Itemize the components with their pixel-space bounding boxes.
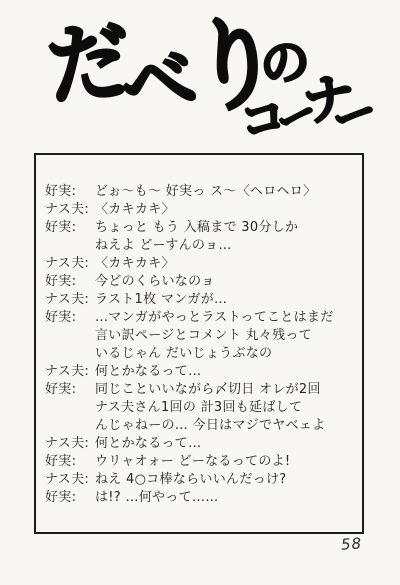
dialogue-text: 〈カキカキ〉 xyxy=(95,201,358,219)
dialogue-line: 〈カキカキ〉 xyxy=(95,255,358,273)
speaker-label: 好実: xyxy=(45,453,95,471)
dialogue-row: 好実:今どのくらいなのョ xyxy=(45,273,358,291)
dialogue-row: 好実:…マンガがやっとラストってことはまだ言い訳ページとコメント 丸々残っている… xyxy=(45,309,358,363)
dialogue-row: ナス夫:何とかなるって… xyxy=(45,435,358,453)
dialogue-line: ねえ 4○コ棒ならいいんだっけ? xyxy=(95,471,358,489)
dialogue-text: …マンガがやっとラストってことはまだ言い訳ページとコメント 丸々残っているじゃん… xyxy=(95,309,358,363)
dialogue-row: ナス夫:〈カキカキ〉 xyxy=(45,201,358,219)
dialogue-row: ナス夫:何とかなるって… xyxy=(45,363,358,381)
dialogue-text: 何とかなるって… xyxy=(95,435,358,453)
dialogue-row: 好実:ウリャオォー どーなるってのよ! xyxy=(45,453,358,471)
speaker-label: 好実: xyxy=(45,183,95,201)
speaker-label: 好実: xyxy=(45,309,95,327)
dialogue-text: 〈カキカキ〉 xyxy=(95,255,358,273)
title-char: ー xyxy=(327,88,382,143)
dialogue-text: 何とかなるって… xyxy=(95,363,358,381)
dialogue-text: ちょっと もう 入稿まで 30分しかねえよ どーすんのョ… xyxy=(95,219,358,255)
dialogue-line: 〈カキカキ〉 xyxy=(95,201,358,219)
speaker-label: ナス夫: xyxy=(45,471,95,489)
dialogue-text: どぉ〜も〜 好実っ ス〜〈ヘロヘロ〉 xyxy=(95,183,358,201)
dialogue-line: んじゃねーの… 今日はマジでヤベェよ xyxy=(95,417,358,435)
dialogue-line: ラスト1枚 マンガが… xyxy=(95,291,358,309)
dialogue-line: 何とかなるって… xyxy=(95,435,358,453)
speaker-label: 好実: xyxy=(45,219,95,237)
speaker-label: 好実: xyxy=(45,273,95,291)
dialogue-text: ラスト1枚 マンガが… xyxy=(95,291,358,309)
dialogue-rows: 好実:どぉ〜も〜 好実っ ス〜〈ヘロヘロ〉ナス夫:〈カキカキ〉好実:ちょっと も… xyxy=(45,183,358,507)
dialogue-line: ねえよ どーすんのョ… xyxy=(95,237,358,255)
dialogue-text: は!? …何やって…… xyxy=(95,489,358,507)
page-number: 58 xyxy=(340,534,362,553)
title-char: べ xyxy=(117,41,201,125)
dialogue-text: 今どのくらいなのョ xyxy=(95,273,358,291)
dialogue-line: ナス夫さん1回の 計3回も延ばして xyxy=(95,399,358,417)
dialogue-text: 同じこといいながら〆切日 オレが2回ナス夫さん1回の 計3回も延ばしてんじゃねー… xyxy=(95,381,358,435)
dialogue-line: …マンガがやっとラストってことはまだ xyxy=(95,309,358,327)
dialogue-box: 好実:どぉ〜も〜 好実っ ス〜〈ヘロヘロ〉ナス夫:〈カキカキ〉好実:ちょっと も… xyxy=(34,153,364,534)
dialogue-row: ナス夫:ねえ 4○コ棒ならいいんだっけ? xyxy=(45,471,358,489)
dialogue-line: 今どのくらいなのョ xyxy=(95,273,358,291)
dialogue-line: 言い訳ページとコメント 丸々残って xyxy=(95,327,358,345)
dialogue-text: ウリャオォー どーなるってのよ! xyxy=(95,453,358,471)
dialogue-text: ねえ 4○コ棒ならいいんだっけ? xyxy=(95,471,358,489)
speaker-label: ナス夫: xyxy=(45,255,95,273)
dialogue-line: 同じこといいながら〆切日 オレが2回 xyxy=(95,381,358,399)
dialogue-row: ナス夫:ラスト1枚 マンガが… xyxy=(45,291,358,309)
dialogue-line: ちょっと もう 入稿まで 30分しか xyxy=(95,219,358,237)
dialogue-row: 好実:同じこといいながら〆切日 オレが2回ナス夫さん1回の 計3回も延ばしてんじ… xyxy=(45,381,358,435)
speaker-label: ナス夫: xyxy=(45,363,95,381)
dialogue-line: ウリャオォー どーなるってのよ! xyxy=(95,453,358,471)
dialogue-line: どぉ〜も〜 好実っ ス〜〈ヘロヘロ〉 xyxy=(95,183,358,201)
dialogue-row: 好実:は!? …何やって…… xyxy=(45,489,358,507)
speaker-label: 好実: xyxy=(45,381,95,399)
speaker-label: 好実: xyxy=(45,489,95,507)
dialogue-row: 好実:どぉ〜も〜 好実っ ス〜〈ヘロヘロ〉 xyxy=(45,183,358,201)
speaker-label: ナス夫: xyxy=(45,291,95,309)
dialogue-line: いるじゃん だいじょうぶなの xyxy=(95,345,358,363)
scanned-page: だべりのコーナー 好実:どぉ〜も〜 好実っ ス〜〈ヘロヘロ〉ナス夫:〈カキカキ〉… xyxy=(0,0,400,585)
dialogue-line: は!? …何やって…… xyxy=(95,489,358,507)
dialogue-row: 好実:ちょっと もう 入稿まで 30分しかねえよ どーすんのョ… xyxy=(45,219,358,255)
dialogue-row: ナス夫:〈カキカキ〉 xyxy=(45,255,358,273)
speaker-label: ナス夫: xyxy=(45,201,95,219)
dialogue-line: 何とかなるって… xyxy=(95,363,358,381)
speaker-label: ナス夫: xyxy=(45,435,95,453)
page-title: だべりのコーナー xyxy=(0,0,400,155)
